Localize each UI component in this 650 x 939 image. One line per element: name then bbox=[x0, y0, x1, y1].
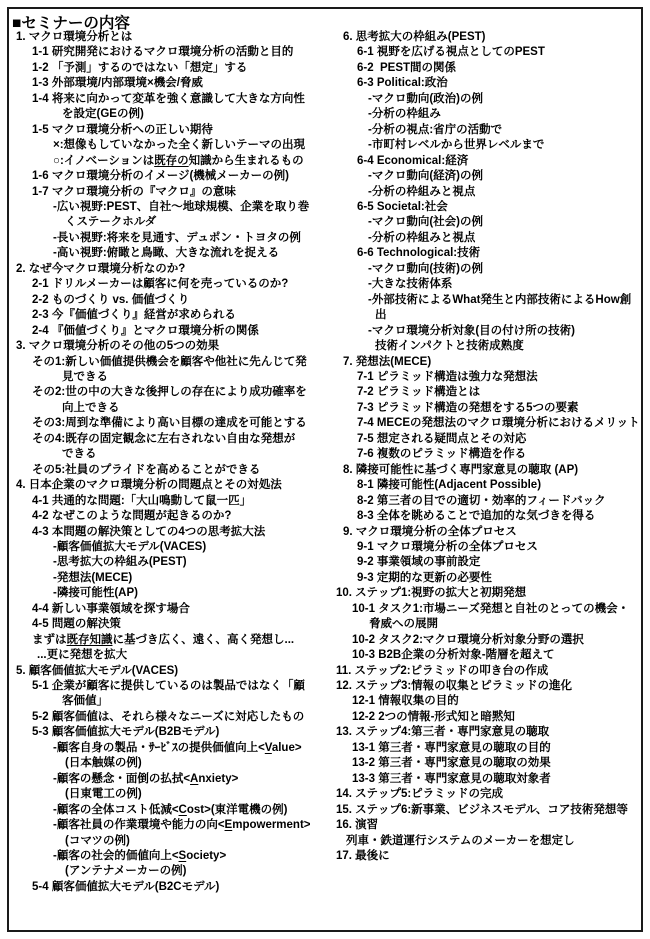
line-text: -顧客自身の製品・ｻｰﾋﾞｽの提供価値向上< bbox=[53, 742, 265, 754]
section-line: 8. 隣接可能性に基づく専門家意見の聴取 (AP) bbox=[336, 463, 639, 478]
line-text: 3. マクロ環境分析のその他の5つの効果 bbox=[16, 340, 219, 352]
line-text: 4-3 本問題の解決策としての4つの思考拡大法 bbox=[32, 526, 265, 538]
outline-line: ×:想像もしていなかった全く新しいテーマの出現 bbox=[16, 138, 331, 153]
outline-line: 6-2 PEST間の関係 bbox=[336, 61, 639, 76]
line-text: nxiety> bbox=[198, 773, 238, 785]
outline-line: その4:既存の固定観念に左右されない自由な発想が bbox=[16, 432, 331, 447]
outline-line: (コマツの例) bbox=[16, 834, 331, 849]
line-text: 17. 最後に bbox=[336, 850, 390, 862]
section-line: 12. ステップ3:情報の収集とピラミッドの進化 bbox=[336, 679, 639, 694]
line-text: 2-4 『価値づくり』とマクロ環境分析の関係 bbox=[32, 325, 259, 337]
line-text: 6. 思考拡大の枠組み(PEST) bbox=[343, 31, 485, 43]
line-text: 1-6 マクロ環境分析のイメージ(機械メーカーの例) bbox=[32, 170, 289, 182]
line-text: 9-1 マクロ環境分析の全体プロセス bbox=[357, 541, 538, 553]
outline-line: 4-4 新しい事業領域を探す場合 bbox=[16, 602, 331, 617]
line-text: -分析の枠組みと視点 bbox=[368, 186, 475, 198]
outline-line: -高い視野:俯瞰と鳥瞰、大きな流れを捉える bbox=[16, 246, 331, 261]
outline-line: 1-2 「予測」するのではない「想定」する bbox=[16, 61, 331, 76]
line-text: -外部技術によるWhat発生と内部技術によるHow創 bbox=[368, 294, 631, 306]
line-text: 6-3 Political:政治 bbox=[357, 77, 448, 89]
line-text: -分析の枠組み bbox=[368, 108, 441, 120]
line-text: 8-1 隣接可能性(Adjacent Possible) bbox=[357, 479, 541, 491]
line-text: -発想法(MECE) bbox=[53, 572, 132, 584]
outline-line: 12-1 情報収集の目的 bbox=[336, 694, 639, 709]
outline-line: ○:イノベーションは既存の知識から生まれるもの bbox=[16, 154, 331, 169]
line-text: 2-1 ドリルメーカーは顧客に何を売っているのか? bbox=[32, 278, 288, 290]
line-text: 11. ステップ2:ピラミッドの叩き台の作成 bbox=[336, 665, 548, 677]
outline-line: 1-3 外部環境/内部環境×機会/脅威 bbox=[16, 76, 331, 91]
outline-line: その3:周到な準備により高い目標の達成を可能とする bbox=[16, 416, 331, 431]
line-text: 10-3 B2B企業の分析対象-階層を超えて bbox=[352, 649, 555, 661]
outline-line: -顧客自身の製品・ｻｰﾋﾞｽの提供価値向上<Value> bbox=[16, 741, 331, 756]
line-text: 12-2 2つの情報-形式知と暗黙知 bbox=[352, 711, 515, 723]
line-text: 4. 日本企業のマクロ環境分析の問題点とその対処法 bbox=[16, 479, 282, 491]
outline-line: 技術インパクトと技術成熟度 bbox=[336, 339, 639, 354]
line-text: 出 bbox=[375, 309, 387, 321]
outline-line: 7-5 想定される疑問点とその対応 bbox=[336, 432, 639, 447]
outline-line: 12-2 2つの情報-形式知と暗黙知 bbox=[336, 710, 639, 725]
outline-line: 7-1 ピラミッド構造は強力な発想法 bbox=[336, 370, 639, 385]
section-line: 5. 顧客価値拡大モデル(VACES) bbox=[16, 664, 331, 679]
section-line: 6. 思考拡大の枠組み(PEST) bbox=[336, 30, 639, 45]
outline-line: -分析の枠組み bbox=[336, 107, 639, 122]
outline-line: 8-2 第三者の目での適切・効率的フィードバック bbox=[336, 494, 639, 509]
line-text: 5-3 顧客価値拡大モデル(B2Bモデル) bbox=[32, 726, 219, 738]
line-text: 4-1 共通的な問題:「大山鳴動して鼠一匹」 bbox=[32, 495, 251, 507]
line-text: 7. 発想法(MECE) bbox=[343, 356, 431, 368]
line-text: 8. 隣接可能性に基づく専門家意見の聴取 (AP) bbox=[343, 464, 578, 476]
outline-line: 8-1 隣接可能性(Adjacent Possible) bbox=[336, 478, 639, 493]
line-text: 7-3 ピラミッド構造の発想をする5つの要素 bbox=[357, 402, 578, 414]
line-text: 6-1 視野を広げる視点としてのPEST bbox=[357, 46, 545, 58]
outline-line: を設定(GEの例) bbox=[16, 107, 331, 122]
line-text: 14. ステップ5:ピラミッドの完成 bbox=[336, 788, 503, 800]
line-text: 6-5 Societal:社会 bbox=[357, 201, 448, 213]
outline-line: 7-4 MECEの発想法のマクロ環境分析におけるメリット bbox=[336, 416, 639, 431]
outline-line: -マクロ環境分析対象(目の付け所の技術) bbox=[336, 324, 639, 339]
line-text: -分析の視点:省庁の活動で bbox=[368, 124, 502, 136]
underlined-text: 既存の bbox=[154, 155, 189, 167]
outline-line: 5-4 顧客価値拡大モデル(B2Cモデル) bbox=[16, 880, 331, 895]
line-text: -マクロ動向(技術)の例 bbox=[368, 263, 483, 275]
outline-line: 6-6 Technological:技術 bbox=[336, 246, 639, 261]
outline-line: (日本触媒の例) bbox=[16, 756, 331, 771]
line-text: くステークホルダ bbox=[65, 216, 156, 228]
outline-line: 9-1 マクロ環境分析の全体プロセス bbox=[336, 540, 639, 555]
outline-line: -マクロ動向(技術)の例 bbox=[336, 262, 639, 277]
line-text: -マクロ動向(政治)の例 bbox=[368, 93, 483, 105]
outline-line: 1-5 マクロ環境分析への正しい期待 bbox=[16, 123, 331, 138]
section-line: 15. ステップ6:新事業、ビジネスモデル、コア技術発想等 bbox=[336, 803, 639, 818]
line-text: 4-2 なぜこのような問題が起きるのか? bbox=[32, 510, 231, 522]
outline-line: その5:社員のプライドを高めることができる bbox=[16, 463, 331, 478]
line-text: 見できる bbox=[62, 371, 108, 383]
section-line: 14. ステップ5:ピラミッドの完成 bbox=[336, 787, 639, 802]
outline-line: ...更に発想を拡大 bbox=[16, 648, 331, 663]
line-text: 4-5 問題の解決策 bbox=[32, 618, 121, 630]
outline-line: 13-1 第三者・専門家意見の聴取の目的 bbox=[336, 741, 639, 756]
line-text: 1-7 マクロ環境分析の『マクロ』の意味 bbox=[32, 186, 236, 198]
line-text: 向上できる bbox=[62, 402, 120, 414]
line-text: alue> bbox=[272, 742, 302, 754]
line-text: その5:社員のプライドを高めることができる bbox=[32, 464, 260, 476]
line-text: 16. 演習 bbox=[336, 819, 378, 831]
line-text: 4-4 新しい事業領域を探す場合 bbox=[32, 603, 190, 615]
outline-line: 1-4 将来に向かって変革を強く意識して大きな方向性 bbox=[16, 92, 331, 107]
underlined-text: C bbox=[179, 804, 187, 816]
line-text: 脅威への展開 bbox=[369, 618, 438, 630]
line-text: その1:新しい価値提供機会を顧客や他社に先んじて発 bbox=[32, 356, 307, 368]
line-text: (日東電工の例) bbox=[65, 788, 142, 800]
outline-line: 10-1 タスク1:市場ニーズ発想と自社のとっての機会・ bbox=[336, 602, 639, 617]
line-text: 15. ステップ6:新事業、ビジネスモデル、コア技術発想等 bbox=[336, 804, 628, 816]
line-text: 1. マクロ環境分析とは bbox=[16, 31, 132, 43]
outline-line: 2-4 『価値づくり』とマクロ環境分析の関係 bbox=[16, 324, 331, 339]
outline-line: 9-2 事業領域の事前設定 bbox=[336, 555, 639, 570]
line-text: (日本触媒の例) bbox=[65, 757, 142, 769]
line-text: -隣接可能性(AP) bbox=[53, 587, 138, 599]
section-line: 4. 日本企業のマクロ環境分析の問題点とその対処法 bbox=[16, 478, 331, 493]
outline-line: 2-1 ドリルメーカーは顧客に何を売っているのか? bbox=[16, 277, 331, 292]
outline-line: -顧客の懸念・面倒の払拭<Anxiety> bbox=[16, 772, 331, 787]
outline-line: -マクロ動向(経済)の例 bbox=[336, 169, 639, 184]
line-text: 技術インパクトと技術成熟度 bbox=[375, 340, 524, 352]
line-text: -分析の枠組みと視点 bbox=[368, 232, 475, 244]
outline-line: -思考拡大の枠組み(PEST) bbox=[16, 555, 331, 570]
outline-line: 4-3 本問題の解決策としての4つの思考拡大法 bbox=[16, 525, 331, 540]
line-text: 1-5 マクロ環境分析への正しい期待 bbox=[32, 124, 213, 136]
section-line: 1. マクロ環境分析とは bbox=[16, 30, 331, 45]
section-line: 7. 発想法(MECE) bbox=[336, 355, 639, 370]
line-text: -顧客社員の作業環境や能力の向< bbox=[53, 819, 225, 831]
seminar-outline-page: ■セミナーの内容 1. マクロ環境分析とは1-1 研究開発におけるマクロ環境分析… bbox=[7, 7, 643, 932]
line-text: 6-6 Technological:技術 bbox=[357, 247, 480, 259]
outline-line: -広い視野:PEST、自社〜地球規模、企業を取り巻 bbox=[16, 200, 331, 215]
outline-line: -分析の枠組みと視点 bbox=[336, 185, 639, 200]
outline-line: 1-7 マクロ環境分析の『マクロ』の意味 bbox=[16, 185, 331, 200]
line-text: -マクロ環境分析対象(目の付け所の技術) bbox=[368, 325, 575, 337]
outline-line: 6-5 Societal:社会 bbox=[336, 200, 639, 215]
outline-column-right: 6. 思考拡大の枠組み(PEST)6-1 視野を広げる視点としてのPEST6-2… bbox=[336, 30, 639, 864]
line-text: 1-2 「予測」するのではない「想定」する bbox=[32, 62, 247, 74]
outline-line: 9-3 定期的な更新の必要性 bbox=[336, 571, 639, 586]
outline-line: 7-3 ピラミッド構造の発想をする5つの要素 bbox=[336, 401, 639, 416]
outline-line: 5-2 顧客価値は、それら様々なニーズに対応したもの bbox=[16, 710, 331, 725]
line-text: 6-2 PEST間の関係 bbox=[357, 62, 456, 74]
section-line: 10. ステップ1:視野の拡大と初期発想 bbox=[336, 586, 639, 601]
line-text: 13. ステップ4:第三者・専門家意見の聴取 bbox=[336, 726, 549, 738]
line-text: -マクロ動向(社会)の例 bbox=[368, 216, 483, 228]
line-text: 6-4 Economical:経済 bbox=[357, 155, 468, 167]
outline-line: 脅威への展開 bbox=[336, 617, 639, 632]
outline-line: 4-1 共通的な問題:「大山鳴動して鼠一匹」 bbox=[16, 494, 331, 509]
line-text: (コマツの例) bbox=[65, 835, 130, 847]
line-text: 10-1 タスク1:市場ニーズ発想と自社のとっての機会・ bbox=[352, 603, 629, 615]
line-text: 12. ステップ3:情報の収集とピラミッドの進化 bbox=[336, 680, 572, 692]
line-text: 列車・鉄道運行システムのメーカーを想定し bbox=[346, 835, 575, 847]
outline-line: 見できる bbox=[16, 370, 331, 385]
line-text: 13-1 第三者・専門家意見の聴取の目的 bbox=[352, 742, 551, 754]
line-text: 13-3 第三者・専門家意見の聴取対象者 bbox=[352, 773, 551, 785]
underlined-text: V bbox=[265, 742, 272, 754]
outline-line: その1:新しい価値提供機会を顧客や他社に先んじて発 bbox=[16, 355, 331, 370]
line-text: (アンテナメーカーの例) bbox=[65, 865, 187, 877]
line-text: -顧客価値拡大モデル(VACES) bbox=[53, 541, 206, 553]
line-text: 7-2 ピラミッド構造とは bbox=[357, 386, 480, 398]
line-text: 9-3 定期的な更新の必要性 bbox=[357, 572, 492, 584]
outline-line: -顧客価値拡大モデル(VACES) bbox=[16, 540, 331, 555]
outline-line: 8-3 全体を眺めることで追加的な気づきを得る bbox=[336, 509, 639, 524]
outline-line: -マクロ動向(政治)の例 bbox=[336, 92, 639, 107]
line-text: -大きな技術体系 bbox=[368, 278, 452, 290]
outline-line: 5-1 企業が顧客に提供しているのは製品ではなく「顧 bbox=[16, 679, 331, 694]
outline-line: -隣接可能性(AP) bbox=[16, 586, 331, 601]
line-text: ost>(東洋電機の例) bbox=[187, 804, 288, 816]
outline-line: 6-3 Political:政治 bbox=[336, 76, 639, 91]
outline-line: 7-6 複数のピラミッド構造を作る bbox=[336, 447, 639, 462]
line-text: 1-1 研究開発におけるマクロ環境分析の活動と目的 bbox=[32, 46, 293, 58]
outline-line: 13-3 第三者・専門家意見の聴取対象者 bbox=[336, 772, 639, 787]
line-text: まずは bbox=[32, 634, 67, 646]
line-text: -市町村レベルから世界レベルまで bbox=[368, 139, 544, 151]
outline-line: 4-2 なぜこのような問題が起きるのか? bbox=[16, 509, 331, 524]
line-text: 5-2 顧客価値は、それら様々なニーズに対応したもの bbox=[32, 711, 304, 723]
outline-line: 2-2 ものづくり vs. 価値づくり bbox=[16, 293, 331, 308]
outline-line: (アンテナメーカーの例) bbox=[16, 864, 331, 879]
line-text: -広い視野:PEST、自社〜地球規模、企業を取り巻 bbox=[53, 201, 309, 213]
line-text: -思考拡大の枠組み(PEST) bbox=[53, 556, 187, 568]
line-text: 7-5 想定される疑問点とその対応 bbox=[357, 433, 526, 445]
outline-line: 4-5 問題の解決策 bbox=[16, 617, 331, 632]
outline-line: 6-4 Economical:経済 bbox=[336, 154, 639, 169]
line-text: -顧客の懸念・面倒の払拭< bbox=[53, 773, 190, 785]
outline-line: -顧客の社会的価値向上<Society> bbox=[16, 849, 331, 864]
section-line: 3. マクロ環境分析のその他の5つの効果 bbox=[16, 339, 331, 354]
line-text: ...更に発想を拡大 bbox=[37, 649, 127, 661]
outline-line: その2:世の中の大きな後押しの存在により成功確率を bbox=[16, 385, 331, 400]
outline-line: 出 bbox=[336, 308, 639, 323]
line-text: 5-1 企業が顧客に提供しているのは製品ではなく「顧 bbox=[32, 680, 305, 692]
line-text: 8-3 全体を眺めることで追加的な気づきを得る bbox=[357, 510, 595, 522]
outline-line: -大きな技術体系 bbox=[336, 277, 639, 292]
line-text: 9. マクロ環境分析の全体プロセス bbox=[343, 526, 517, 538]
line-text: -マクロ動向(経済)の例 bbox=[368, 170, 483, 182]
outline-line: -分析の視点:省庁の活動で bbox=[336, 123, 639, 138]
line-text: -顧客の全体コスト低減< bbox=[53, 804, 179, 816]
outline-line: 1-1 研究開発におけるマクロ環境分析の活動と目的 bbox=[16, 45, 331, 60]
outline-line: (日東電工の例) bbox=[16, 787, 331, 802]
outline-line: 6-1 視野を広げる視点としてのPEST bbox=[336, 45, 639, 60]
line-text: 知識から生まれるもの bbox=[189, 155, 304, 167]
line-text: 客価値」 bbox=[62, 695, 108, 707]
section-line: 16. 演習 bbox=[336, 818, 639, 833]
outline-line: -分析の枠組みと視点 bbox=[336, 231, 639, 246]
outline-line: 13-2 第三者・専門家意見の聴取の効果 bbox=[336, 756, 639, 771]
line-text: 2. なぜ今マクロ環境分析なのか? bbox=[16, 263, 185, 275]
outline-line: 7-2 ピラミッド構造とは bbox=[336, 385, 639, 400]
section-line: 2. なぜ今マクロ環境分析なのか? bbox=[16, 262, 331, 277]
section-line: 17. 最後に bbox=[336, 849, 639, 864]
line-text: その2:世の中の大きな後押しの存在により成功確率を bbox=[32, 386, 307, 398]
outline-line: -市町村レベルから世界レベルまで bbox=[336, 138, 639, 153]
line-text: ociety> bbox=[186, 850, 226, 862]
section-line: 13. ステップ4:第三者・専門家意見の聴取 bbox=[336, 725, 639, 740]
section-line: 11. ステップ2:ピラミッドの叩き台の作成 bbox=[336, 664, 639, 679]
outline-line: 列車・鉄道運行システムのメーカーを想定し bbox=[336, 834, 639, 849]
line-text: を設定(GEの例) bbox=[62, 108, 144, 120]
outline-line: -外部技術によるWhat発生と内部技術によるHow創 bbox=[336, 293, 639, 308]
line-text: -高い視野:俯瞰と鳥瞰、大きな流れを捉える bbox=[53, 247, 279, 259]
line-text: mpowerment> bbox=[232, 819, 310, 831]
outline-line: -顧客社員の作業環境や能力の向<Empowerment> bbox=[16, 818, 331, 833]
line-text: ○:イノベーションは bbox=[53, 155, 154, 167]
line-text: 7-1 ピラミッド構造は強力な発想法 bbox=[357, 371, 538, 383]
outline-line: 10-3 B2B企業の分析対象-階層を超えて bbox=[336, 648, 639, 663]
line-text: できる bbox=[62, 448, 97, 460]
underlined-text: 既存知識 bbox=[67, 634, 113, 646]
line-text: 7-4 MECEの発想法のマクロ環境分析におけるメリット bbox=[357, 417, 640, 429]
line-text: に基づき広く、遠く、高く発想し... bbox=[113, 634, 295, 646]
line-text: 10. ステップ1:視野の拡大と初期発想 bbox=[336, 587, 526, 599]
line-text: その3:周到な準備により高い目標の達成を可能とする bbox=[32, 417, 307, 429]
line-text: 2-3 今『価値づくり』経営が求められる bbox=[32, 309, 236, 321]
line-text: 8-2 第三者の目での適切・効率的フィードバック bbox=[357, 495, 606, 507]
line-text: 1-4 将来に向かって変革を強く意識して大きな方向性 bbox=[32, 93, 305, 105]
outline-line: 5-3 顧客価値拡大モデル(B2Bモデル) bbox=[16, 725, 331, 740]
line-text: -顧客の社会的価値向上< bbox=[53, 850, 179, 862]
outline-line: まずは既存知識に基づき広く、遠く、高く発想し... bbox=[16, 633, 331, 648]
line-text: 10-2 タスク2:マクロ環境分析対象分野の選択 bbox=[352, 634, 584, 646]
line-text: 5. 顧客価値拡大モデル(VACES) bbox=[16, 665, 178, 677]
line-text: 13-2 第三者・専門家意見の聴取の効果 bbox=[352, 757, 551, 769]
outline-line: 客価値」 bbox=[16, 694, 331, 709]
outline-line: -マクロ動向(社会)の例 bbox=[336, 215, 639, 230]
outline-line: -発想法(MECE) bbox=[16, 571, 331, 586]
outline-line: 1-6 マクロ環境分析のイメージ(機械メーカーの例) bbox=[16, 169, 331, 184]
outline-column-left: 1. マクロ環境分析とは1-1 研究開発におけるマクロ環境分析の活動と目的1-2… bbox=[16, 30, 331, 895]
outline-line: 2-3 今『価値づくり』経営が求められる bbox=[16, 308, 331, 323]
outline-line: -顧客の全体コスト低減<Cost>(東洋電機の例) bbox=[16, 803, 331, 818]
line-text: 2-2 ものづくり vs. 価値づくり bbox=[32, 294, 189, 306]
line-text: -長い視野:将来を見通す、デュポン・トヨタの例 bbox=[53, 232, 301, 244]
outline-line: くステークホルダ bbox=[16, 215, 331, 230]
line-text: 7-6 複数のピラミッド構造を作る bbox=[357, 448, 526, 460]
outline-line: できる bbox=[16, 447, 331, 462]
line-text: 12-1 情報収集の目的 bbox=[352, 695, 459, 707]
line-text: 5-4 顧客価値拡大モデル(B2Cモデル) bbox=[32, 881, 219, 893]
line-text: その4:既存の固定観念に左右されない自由な発想が bbox=[32, 433, 295, 445]
outline-line: -長い視野:将来を見通す、デュポン・トヨタの例 bbox=[16, 231, 331, 246]
line-text: 9-2 事業領域の事前設定 bbox=[357, 556, 480, 568]
section-line: 9. マクロ環境分析の全体プロセス bbox=[336, 525, 639, 540]
line-text: ×:想像もしていなかった全く新しいテーマの出現 bbox=[53, 139, 305, 151]
line-text: 1-3 外部環境/内部環境×機会/脅威 bbox=[32, 77, 203, 89]
outline-line: 10-2 タスク2:マクロ環境分析対象分野の選択 bbox=[336, 633, 639, 648]
outline-line: 向上できる bbox=[16, 401, 331, 416]
